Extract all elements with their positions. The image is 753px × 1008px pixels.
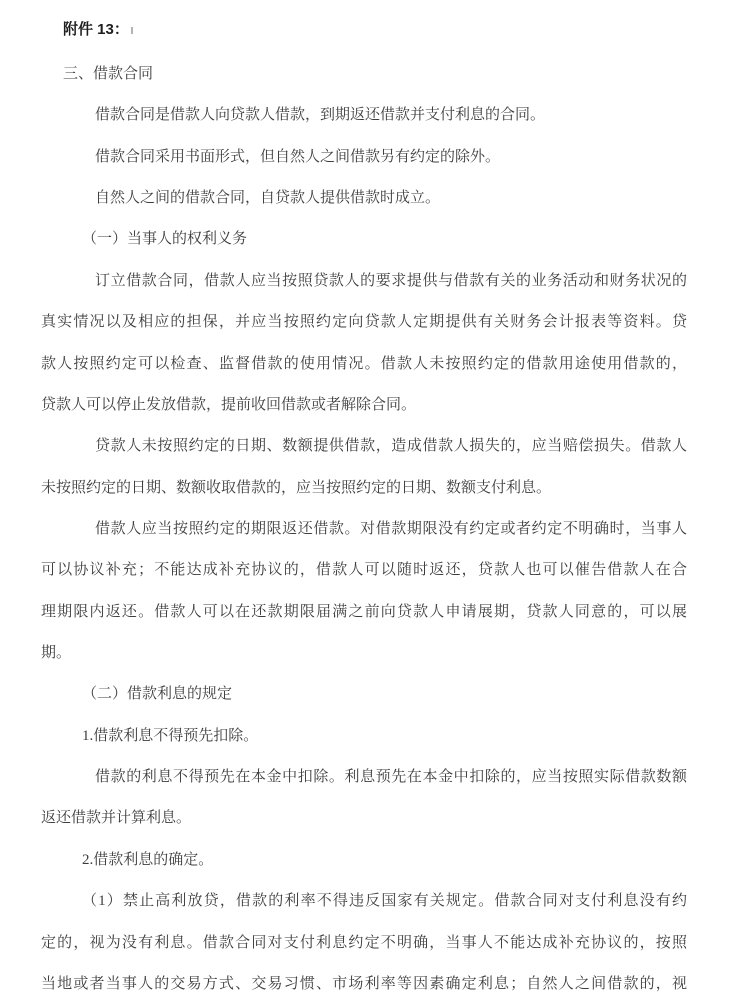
paragraph-line: 贷款人可以停止发放借款，提前收回借款或者解除合同。: [41, 396, 687, 416]
paragraph-line: 借款的利息不得预先在本金中扣除。利息预先在本金中扣除的，应当按照实际借款数额: [41, 768, 687, 788]
paragraph-line: 借款合同是借款人向贷款人借款，到期返还借款并支付利息的合同。: [41, 106, 687, 126]
numbered-item: 1.借款利息不得预先扣除。: [41, 727, 687, 747]
paragraph-line: 贷款人未按照约定的日期、数额提供借款，造成借款人损失的，应当赔偿损失。借款人: [41, 437, 687, 457]
paragraph-line: 款人按照约定可以检查、监督借款的使用情况。借款人未按照约定的借款用途使用借款的，: [41, 355, 687, 375]
paragraph-line: 可以协议补充；不能达成补充协议的，借款人可以随时返还，贷款人也可以催告借款人在合: [41, 561, 687, 581]
paragraph-line: 借款合同采用书面形式，但自然人之间借款另有约定的除外。: [41, 148, 687, 168]
paragraph-line: 定的，视为没有利息。借款合同对支付利息约定不明确，当事人不能达成补充协议的，按照: [41, 934, 687, 954]
document-page: 附件 13：三、借款合同借款合同是借款人向贷款人借款，到期返还借款并支付利息的合…: [0, 0, 753, 1008]
paragraph-line: 真实情况以及相应的担保，并应当按照约定向贷款人定期提供有关财务会计报表等资料。贷: [41, 313, 687, 333]
paragraph-line: 当地或者当事人的交易方式、交易习惯、市场利率等因素确定利息；自然人之间借款的，视: [41, 975, 687, 995]
paragraph-line: 借款人应当按照约定的期限返还借款。对借款期限没有约定或者约定不明确时，当事人: [41, 520, 687, 540]
paragraph-line: （1）禁止高利放贷，借款的利率不得违反国家有关规定。借款合同对支付利息没有约: [41, 892, 687, 912]
paragraph-line: 自然人之间的借款合同，自贷款人提供借款时成立。: [41, 189, 687, 209]
section-heading: 三、借款合同: [41, 65, 687, 85]
paragraph-line: 订立借款合同，借款人应当按照贷款人的要求提供与借款有关的业务活动和财务状况的: [41, 272, 687, 292]
paragraph-line: 未按照约定的日期、数额收取借款的，应当按照约定的日期、数额支付利息。: [41, 479, 687, 499]
paragraph-line: 返还借款并计算利息。: [41, 809, 687, 829]
paragraph-line: 期。: [41, 644, 687, 664]
paragraph-line: 理期限内返还。借款人可以在还款期限届满之前向贷款人申请展期，贷款人同意的，可以展: [41, 603, 687, 623]
sub-heading: （二）借款利息的规定: [41, 685, 687, 705]
numbered-item: 2.借款利息的确定。: [41, 851, 687, 871]
attachment-label: 附件 13：: [41, 20, 687, 40]
sub-heading: （一）当事人的权利义务: [41, 230, 687, 250]
